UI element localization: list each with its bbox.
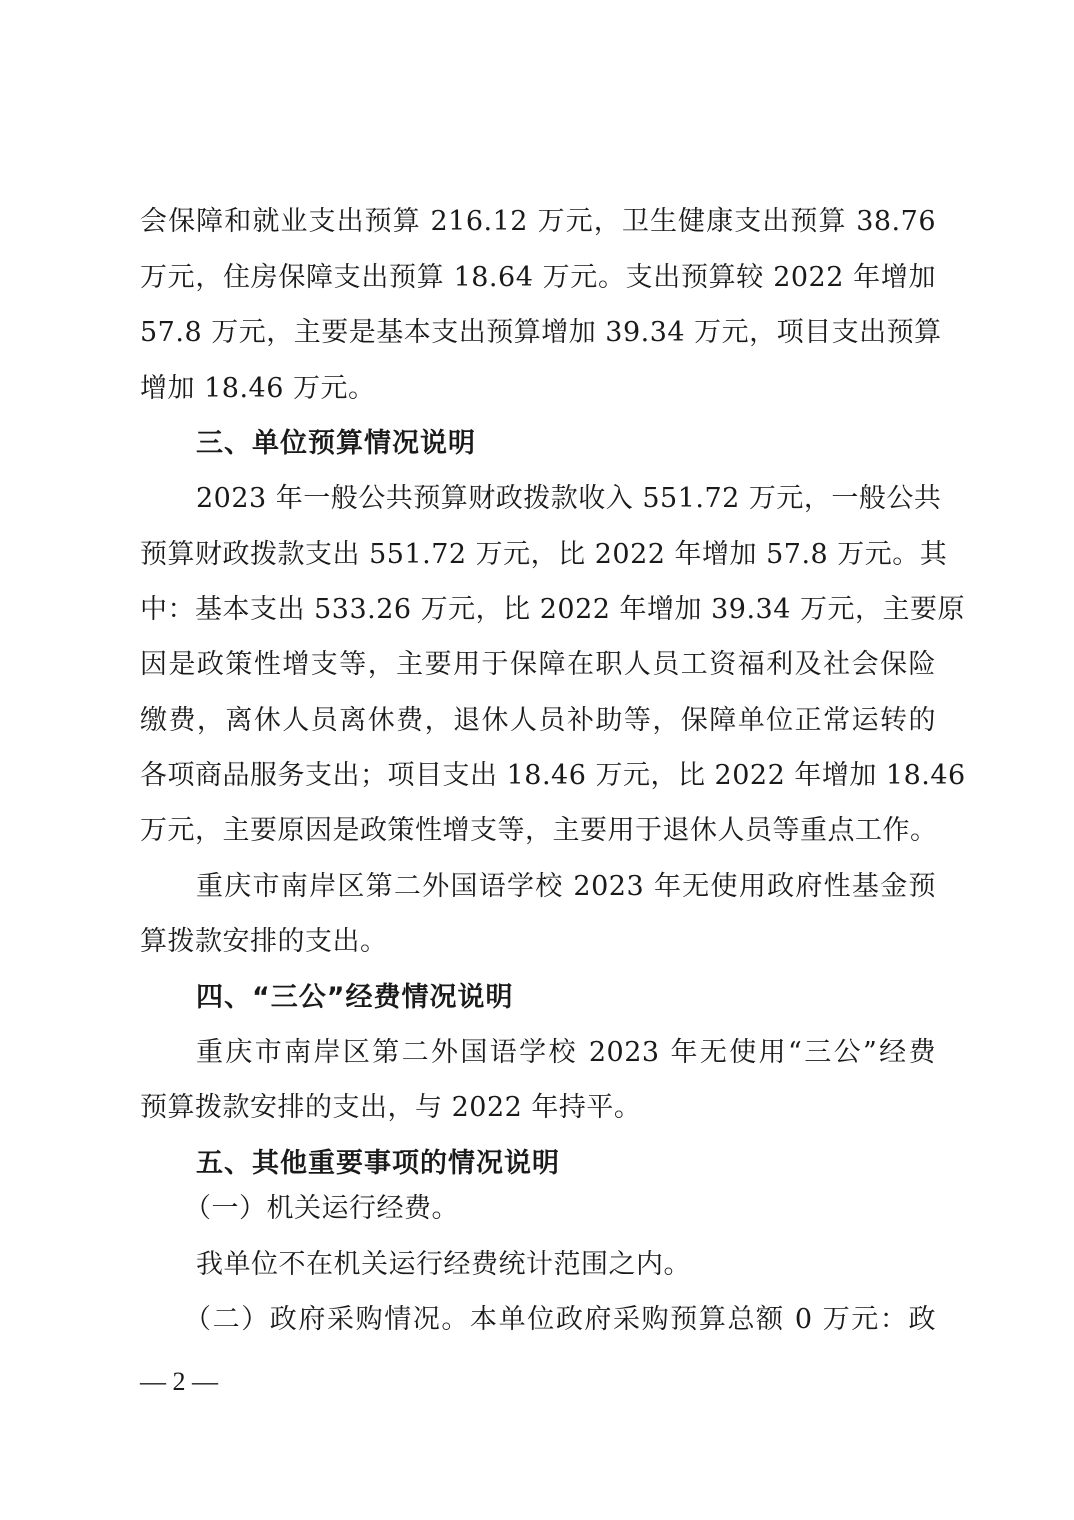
- paragraph-line: 中：基本支出 533.26 万元，比 2022 年增加 39.34 万元，主要原: [140, 590, 936, 630]
- page-number: — 2 —: [140, 1364, 218, 1400]
- paragraph-line: 我单位不在机关运行经费统计范围之内。: [196, 1245, 936, 1285]
- paragraph-line: 预算财政拨款支出 551.72 万元，比 2022 年增加 57.8 万元。其: [140, 535, 936, 575]
- paragraph-line: 增加 18.46 万元。: [140, 369, 936, 409]
- paragraph-line: 万元，主要原因是政策性增支等，主要用于退休人员等重点工作。: [140, 811, 936, 851]
- paragraph-line: 重庆市南岸区第二外国语学校 2023 年无使用“三公”经费: [196, 1033, 936, 1073]
- paragraph-line: 各项商品服务支出；项目支出 18.46 万元，比 2022 年增加 18.46: [140, 756, 936, 796]
- paragraph-line: 预算拨款安排的支出，与 2022 年持平。: [140, 1088, 936, 1128]
- paragraph-line: 缴费，离休人员离休费，退休人员补助等，保障单位正常运转的: [140, 701, 936, 741]
- paragraph-line: 会保障和就业支出预算 216.12 万元，卫生健康支出预算 38.76: [140, 202, 936, 242]
- paragraph-line: 万元，住房保障支出预算 18.64 万元。支出预算较 2022 年增加: [140, 258, 936, 298]
- section-heading: 五、其他重要事项的情况说明: [196, 1144, 560, 1184]
- paragraph-line: 算拨款安排的支出。: [140, 922, 936, 962]
- paragraph-line: （二）政府采购情况。本单位政府采购预算总额 0 万元：政: [184, 1300, 936, 1340]
- paragraph-line: 57.8 万元，主要是基本支出预算增加 39.34 万元，项目支出预算: [140, 313, 936, 353]
- paragraph-line: 2023 年一般公共预算财政拨款收入 551.72 万元，一般公共: [196, 479, 936, 519]
- paragraph-line: 重庆市南岸区第二外国语学校 2023 年无使用政府性基金预: [196, 867, 936, 907]
- subsection-title: （一）机关运行经费。: [184, 1189, 924, 1229]
- section-heading: 四、“三公”经费情况说明: [196, 978, 514, 1018]
- section-heading: 三、单位预算情况说明: [196, 424, 476, 464]
- paragraph-line: 因是政策性增支等，主要用于保障在职人员工资福利及社会保险: [140, 645, 936, 685]
- document-page: 会保障和就业支出预算 216.12 万元，卫生健康支出预算 38.76 万元，住…: [0, 0, 1074, 1520]
